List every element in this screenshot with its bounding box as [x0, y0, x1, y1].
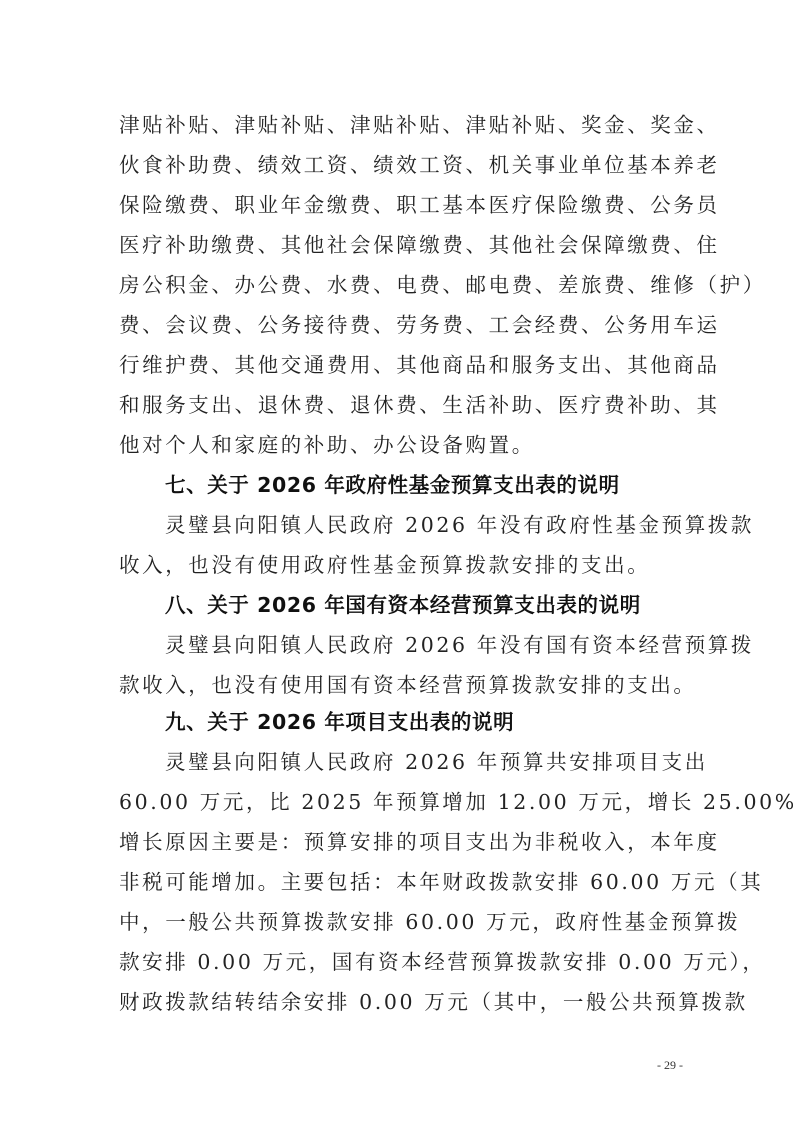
body-text-line: 中，一般公共预算拨款安排 60.00 万元，政府性基金预算拨 — [119, 902, 675, 942]
body-text-line: 房公积金、办公费、水费、电费、邮电费、差旅费、维修（护） — [119, 265, 675, 305]
page-number: - 29 - — [640, 1058, 700, 1073]
body-text-line: 60.00 万元，比 2025 年预算增加 12.00 万元，增长 25.00%… — [119, 782, 675, 822]
body-text-line: 保险缴费、职业年金缴费、职工基本医疗保险缴费、公务员 — [119, 185, 675, 225]
body-text-line: 非税可能增加。主要包括：本年财政拨款安排 60.00 万元（其 — [119, 862, 675, 902]
body-text-line: 款安排 0.00 万元，国有资本经营预算拨款安排 0.00 万元）， — [119, 942, 675, 982]
body-text-line: 增长原因主要是：预算安排的项目支出为非税收入，本年度 — [119, 822, 675, 862]
body-text-line: 和服务支出、退休费、退休费、生活补助、医疗费补助、其 — [119, 385, 675, 425]
body-text-line: 医疗补助缴费、其他社会保障缴费、其他社会保障缴费、住 — [119, 225, 675, 265]
section-heading-8: 八、关于 2026 年国有资本经营预算支出表的说明 — [165, 585, 721, 625]
body-text-line: 伙食补助费、绩效工资、绩效工资、机关事业单位基本养老 — [119, 145, 675, 185]
body-text-line: 财政拨款结转结余安排 0.00 万元（其中，一般公共预算拨款 — [119, 982, 675, 1022]
body-text-line: 款收入，也没有使用国有资本经营预算拨款安排的支出。 — [119, 665, 675, 705]
body-text-line: 灵璧县向阳镇人民政府 2026 年预算共安排项目支出 — [165, 742, 675, 782]
body-text-line: 费、会议费、公务接待费、劳务费、工会经费、公务用车运 — [119, 305, 675, 345]
body-text-line: 津贴补贴、津贴补贴、津贴补贴、津贴补贴、奖金、奖金、 — [119, 105, 675, 145]
document-page: 津贴补贴、津贴补贴、津贴补贴、津贴补贴、奖金、奖金、 伙食补助费、绩效工资、绩效… — [0, 0, 793, 1122]
body-text-line: 灵璧县向阳镇人民政府 2026 年没有国有资本经营预算拨 — [165, 625, 675, 665]
section-heading-7: 七、关于 2026 年政府性基金预算支出表的说明 — [165, 465, 721, 505]
section-heading-9: 九、关于 2026 年项目支出表的说明 — [165, 702, 721, 742]
body-text-line: 他对个人和家庭的补助、办公设备购置。 — [119, 425, 675, 465]
body-text-line: 灵璧县向阳镇人民政府 2026 年没有政府性基金预算拨款 — [165, 505, 675, 545]
body-text-line: 收入，也没有使用政府性基金预算拨款安排的支出。 — [119, 545, 675, 585]
body-text-line: 行维护费、其他交通费用、其他商品和服务支出、其他商品 — [119, 345, 675, 385]
